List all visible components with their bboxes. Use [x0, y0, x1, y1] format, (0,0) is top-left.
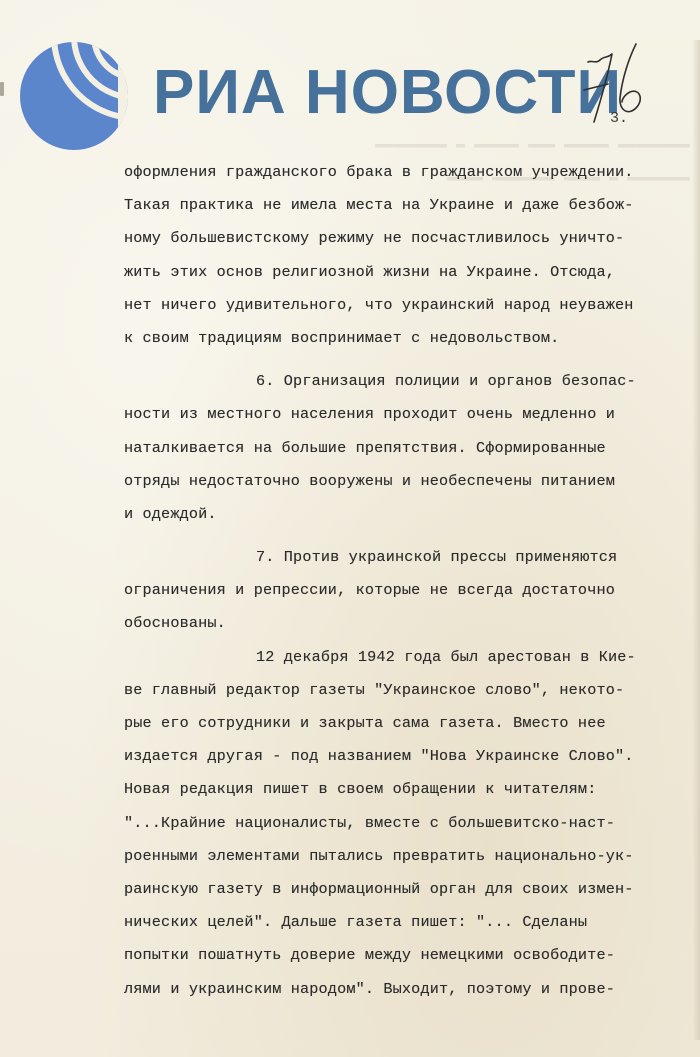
text-line: 7. Против украинской прессы применяются [124, 541, 690, 574]
text-line: ному большевистскому режиму не посчастли… [124, 222, 690, 255]
text-line: издается другая - под названием "Нова Ук… [124, 740, 690, 773]
text-line: Новая редакция пишет в своем обращении к… [124, 773, 690, 806]
text-line: отряды недостаточно вооружены и необеспе… [124, 465, 690, 498]
text-line: раинскую газету в информационный орган д… [124, 873, 690, 906]
paragraph-point-6: 6. Организация полиции и органов безопас… [124, 365, 690, 531]
ria-globe-icon [18, 38, 130, 150]
scan-edge-shadow [692, 40, 700, 1040]
text-line: обоснованы. [124, 607, 690, 640]
text-line: наталкивается на большие препятствия. Сф… [124, 432, 690, 465]
text-line: лями и украинским народом". Выходит, поэ… [124, 973, 690, 1006]
text-line: к своим традициям воспринимает с недовол… [124, 322, 690, 355]
text-line: попытки пошатнуть доверие между немецким… [124, 939, 690, 972]
paragraph-point-7: 7. Против украинской прессы применяютсяо… [124, 541, 690, 641]
text-line: 12 декабря 1942 года был арестован в Кие… [124, 641, 690, 674]
text-line: 6. Организация полиции и органов безопас… [124, 365, 690, 398]
watermark-text: РИА НОВОСТИ [153, 58, 622, 128]
text-line: оформления гражданского брака в гражданс… [124, 156, 690, 189]
text-line: и одеждой. [124, 498, 690, 531]
text-line: Такая практика не имела места на Украине… [124, 189, 690, 222]
text-line: нет ничего удивительного, что украинский… [124, 289, 690, 322]
text-line: "...Крайние националисты, вместе с больш… [124, 807, 690, 840]
text-line: роенными элементами пытались превратить … [124, 840, 690, 873]
document-body: оформления гражданского брака в гражданс… [124, 156, 690, 1006]
paragraph-december-1942: 12 декабря 1942 года был арестован в Кие… [124, 641, 690, 1006]
text-line: ве главный редактор газеты "Украинское с… [124, 674, 690, 707]
text-line: рые его сотрудники и закрыта сама газета… [124, 707, 690, 740]
text-line: ности из местного населения проходит оче… [124, 398, 690, 431]
paragraph-continuation: оформления гражданского брака в гражданс… [124, 156, 690, 355]
typed-page-number: 3. [610, 110, 628, 127]
margin-mark [0, 82, 4, 96]
paragraph-gap [124, 355, 690, 365]
text-line: ограничения и репрессии, которые не всег… [124, 574, 690, 607]
paragraph-gap [124, 531, 690, 541]
text-line: нических целей". Дальше газета пишет: ".… [124, 906, 690, 939]
text-line: жить этих основ религиозной жизни на Укр… [124, 256, 690, 289]
